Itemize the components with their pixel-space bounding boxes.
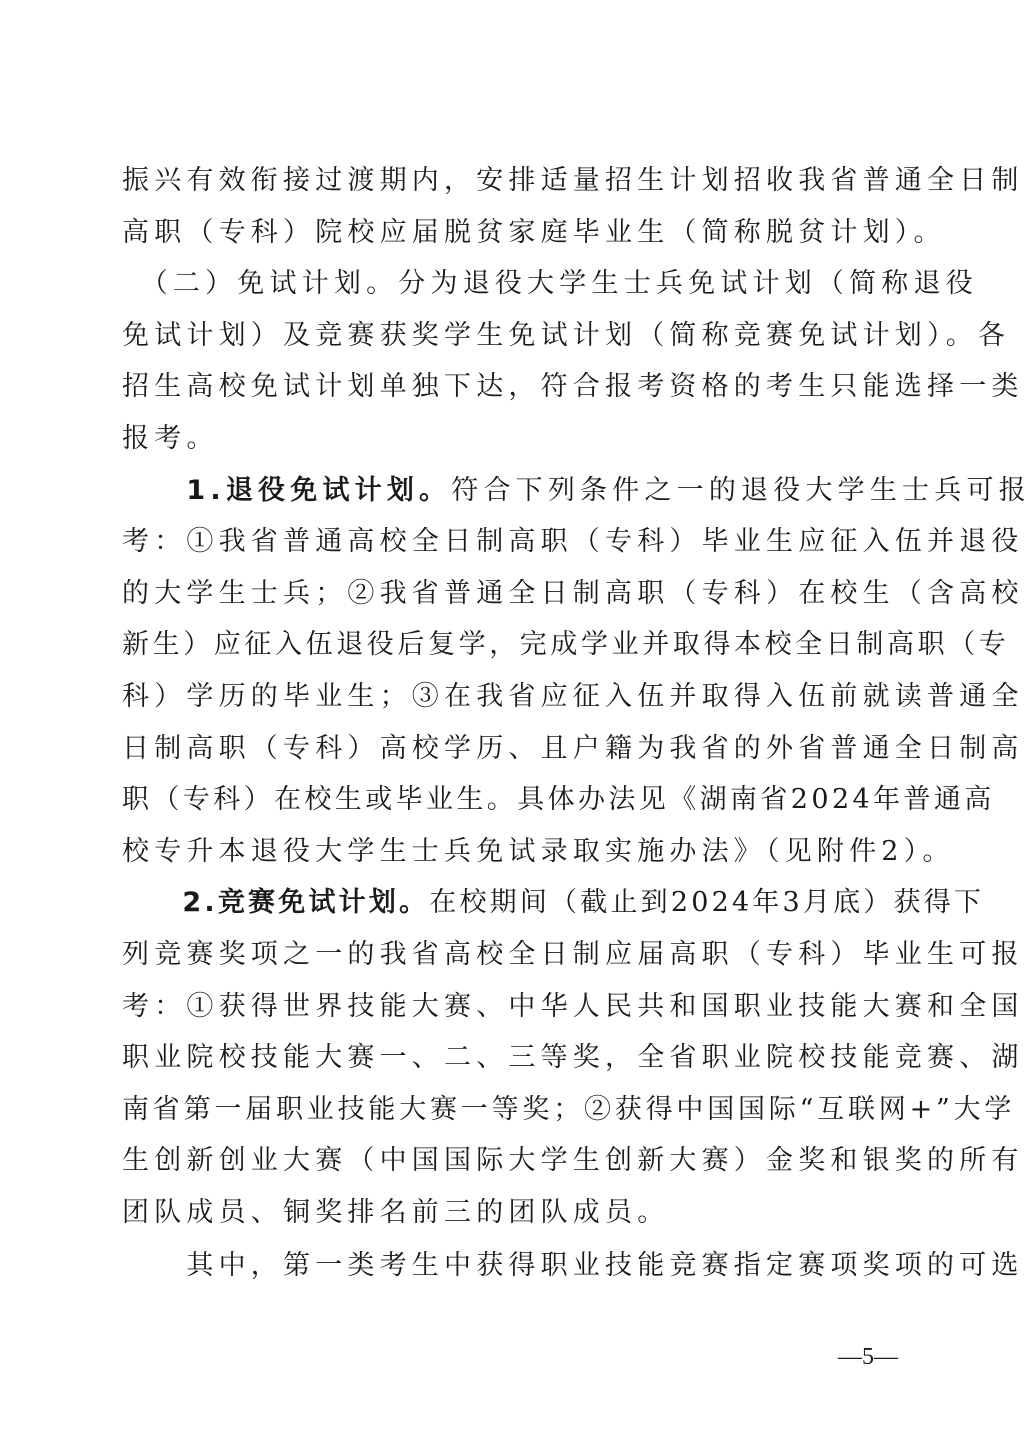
line-text: （二）免试计划。分为退役大学生士兵免试计划（简称退役 (154, 268, 978, 299)
line-text: 招生高校免试计划单独下达，符合报考资格的考生只能选择一类 (122, 371, 1024, 402)
line-text: 职（专科）在校生或毕业生。具体办法见《湖南省2024年普通高 (122, 784, 995, 815)
indent (122, 887, 182, 918)
text-line-2: 高职（专科）院校应届脱贫家庭毕业生（简称脱贫计划）。 (122, 207, 900, 259)
text-line-19: 南省第一届职业技能大赛一等奖；②获得中国国际“互联网+”大学 (122, 1084, 900, 1136)
text-line-8: 考：①我省普通高校全日制高职（专科）毕业生应征入伍并退役 (122, 516, 900, 568)
text-line-11: 科）学历的毕业生；③在我省应征入伍并取得入伍前就读普通全 (122, 671, 900, 723)
line-text: 团队成员、铜奖排名前三的团队成员。 (122, 1197, 669, 1228)
line-text: 科）学历的毕业生；③在我省应征入伍并取得入伍前就读普通全 (122, 681, 1024, 712)
text-line-1: 振兴有效衔接过渡期内，安排适量招生计划招收我省普通全日制 (122, 155, 900, 207)
indent (122, 1250, 186, 1281)
text-line-5: 招生高校免试计划单独下达，符合报考资格的考生只能选择一类 (122, 361, 900, 413)
text-line-20: 生创新创业大赛（中国国际大学生创新大赛）金奖和银奖的所有 (122, 1135, 900, 1187)
line-text: 生创新创业大赛（中国国际大学生创新大赛）金奖和银奖的所有 (122, 1145, 1024, 1176)
line-text: 报考。 (122, 423, 219, 454)
page-number: —5— (838, 1344, 898, 1371)
section-heading-exemption-plan: （二）免试计划。分为退役大学生士兵免试计划（简称退役 (122, 258, 900, 310)
text-line-17: 考：①获得世界技能大赛、中华人民共和国职业技能大赛和全国 (122, 981, 900, 1033)
text-line-4: 免试计划）及竞赛获奖学生免试计划（简称竞赛免试计划）。各 (122, 310, 900, 362)
indent (122, 268, 154, 299)
line-text: 列竞赛奖项之一的我省高校全日制应届高职（专科）毕业生可报 (122, 939, 1024, 970)
line-text: 校专升本退役大学生士兵免试录取实施办法》（见附件2）。 (122, 836, 955, 867)
text-line-9: 的大学生士兵；②我省普通全日制高职（专科）在校生（含高校 (122, 568, 900, 620)
line-text: 其中，第一类考生中获得职业技能竞赛指定赛项奖项的可选 (186, 1250, 1023, 1281)
line-text: 考：①我省普通高校全日制高职（专科）毕业生应征入伍并退役 (122, 526, 1024, 557)
text-line-22: 其中，第一类考生中获得职业技能竞赛指定赛项奖项的可选 (122, 1240, 900, 1292)
line-text: 免试计划）及竞赛获奖学生免试计划（简称竞赛免试计划）。各 (122, 320, 1010, 351)
subsection-competition-plan: 2.竞赛免试计划。在校期间（截止到2024年3月底）获得下 (122, 877, 900, 929)
line-text: 新生）应征入伍退役后复学，完成学业并取得本校全日制高职（专 (122, 629, 1009, 660)
subsection-title: 2.竞赛免试计划。 (182, 887, 429, 918)
subsection-title: 1.退役免试计划。 (186, 475, 451, 506)
text-line-12: 日制高职（专科）高校学历、且户籍为我省的外省普通全日制高 (122, 723, 900, 775)
text-line-6: 报考。 (122, 413, 900, 465)
line-text: 南省第一届职业技能大赛一等奖；②获得中国国际“互联网+”大学 (122, 1094, 1015, 1125)
text-line-16: 列竞赛奖项之一的我省高校全日制应届高职（专科）毕业生可报 (122, 929, 900, 981)
subsection-veteran-plan: 1.退役免试计划。符合下列条件之一的退役大学生士兵可报 (122, 465, 900, 517)
line-text: 在校期间（截止到2024年3月底）获得下 (429, 887, 984, 918)
text-line-18: 职业院校技能大赛一、二、三等奖，全省职业院校技能竞赛、湖 (122, 1032, 900, 1084)
line-text: 职业院校技能大赛一、二、三等奖，全省职业院校技能竞赛、湖 (122, 1042, 1024, 1073)
text-line-14: 校专升本退役大学生士兵免试录取实施办法》（见附件2）。 (122, 826, 900, 878)
line-text: 高职（专科）院校应届脱贫家庭毕业生（简称脱贫计划）。 (122, 217, 946, 248)
line-text: 的大学生士兵；②我省普通全日制高职（专科）在校生（含高校 (122, 578, 1024, 609)
line-text: 振兴有效衔接过渡期内，安排适量招生计划招收我省普通全日制 (122, 165, 1024, 196)
line-text: 考：①获得世界技能大赛、中华人民共和国职业技能大赛和全国 (122, 991, 1024, 1022)
document-page: 振兴有效衔接过渡期内，安排适量招生计划招收我省普通全日制 高职（专科）院校应届脱… (122, 155, 900, 1292)
line-text: 符合下列条件之一的退役大学生士兵可报 (451, 475, 1024, 506)
text-line-13: 职（专科）在校生或毕业生。具体办法见《湖南省2024年普通高 (122, 774, 900, 826)
text-line-10: 新生）应征入伍退役后复学，完成学业并取得本校全日制高职（专 (122, 619, 900, 671)
indent (122, 475, 186, 506)
text-line-21: 团队成员、铜奖排名前三的团队成员。 (122, 1187, 900, 1239)
line-text: 日制高职（专科）高校学历、且户籍为我省的外省普通全日制高 (122, 733, 1024, 764)
